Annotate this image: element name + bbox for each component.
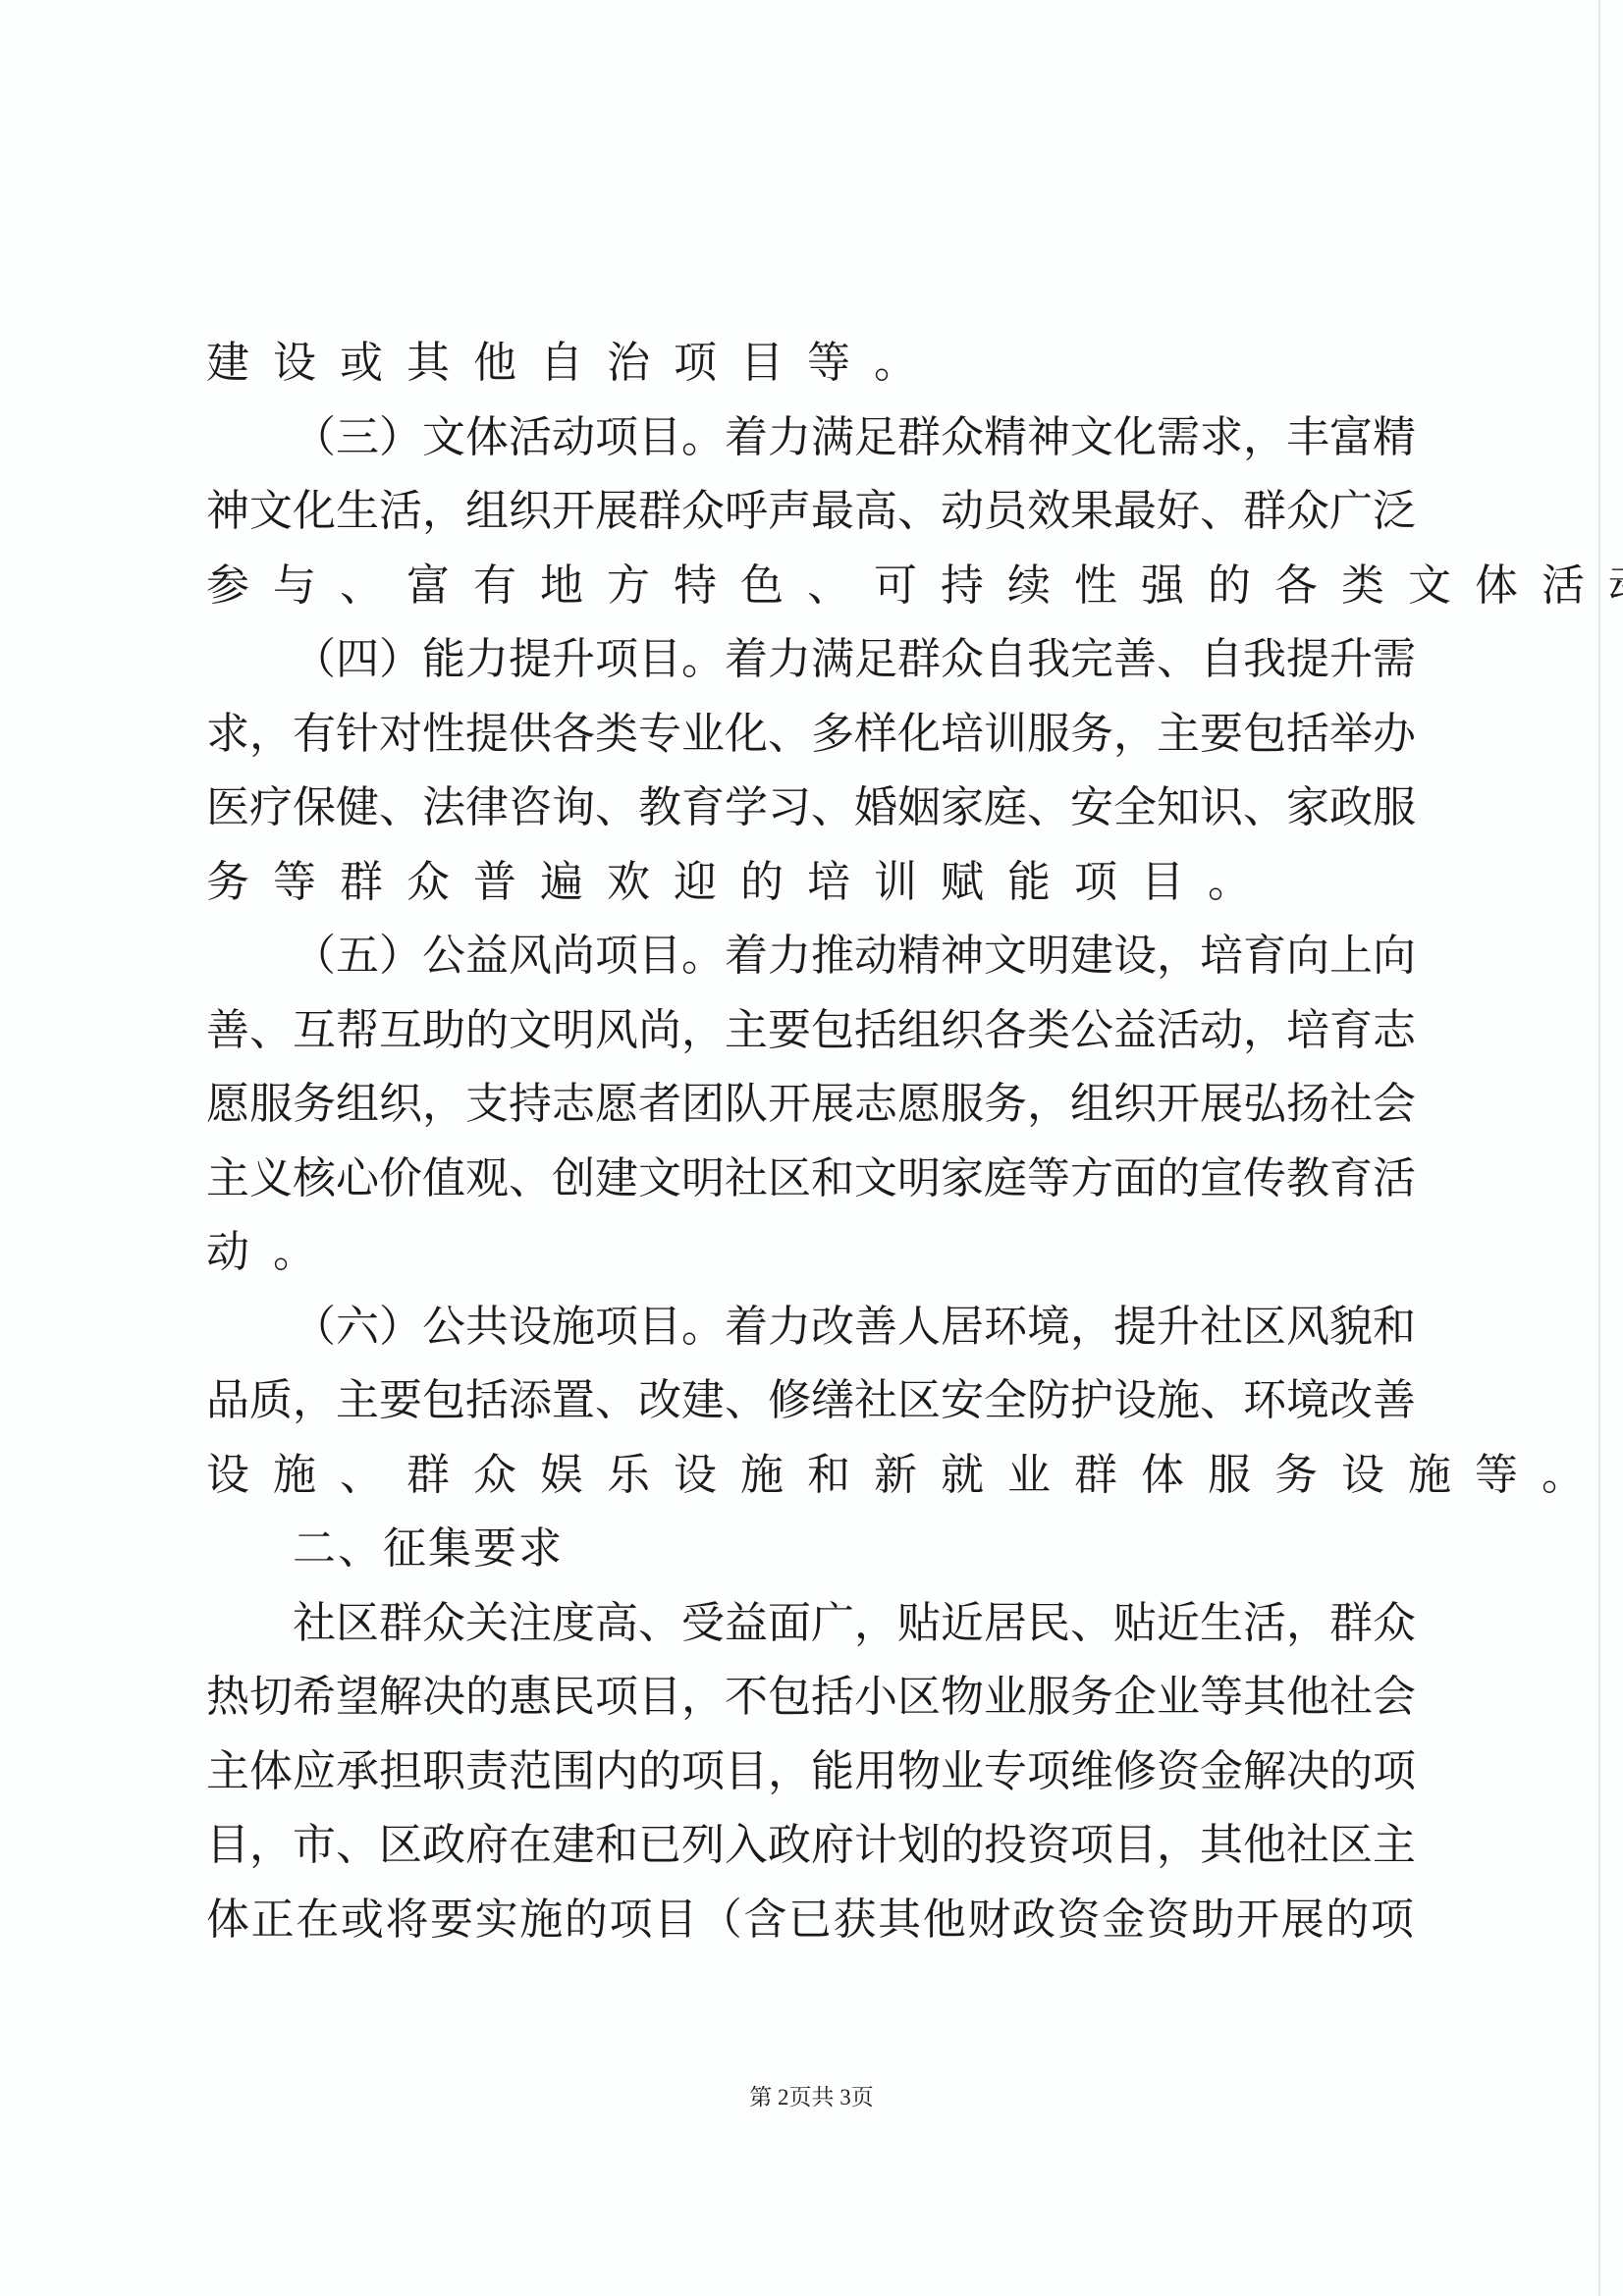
requirements-line-2: 热切希望解决的惠民项目，不包括小区物业服务企业等其他社会 <box>206 1668 1414 1727</box>
section-4-line-4: 务等群众普遍欢迎的培训赋能项目。 <box>206 853 1414 912</box>
section-5-line-2: 善、互帮互助的文明风尚，主要包括组织各类公益活动，培育志 <box>206 1001 1414 1060</box>
section-6-line-3: 设施、群众娱乐设施和新就业群体服务设施等。 <box>206 1446 1414 1505</box>
section-3-line-1: （三）文体活动项目。着力满足群众精神文化需求，丰富精 <box>206 408 1414 467</box>
requirements-line-1: 社区群众关注度高、受益面广，贴近居民、贴近生活，群众 <box>206 1594 1414 1653</box>
section-5-line-5: 动。 <box>206 1223 1414 1282</box>
scan-edge-line <box>1598 0 1600 2296</box>
section-5-line-4: 主义核心价值观、创建文明社区和文明家庭等方面的宣传教育活 <box>206 1149 1414 1208</box>
section-4-line-2: 求，有针对性提供各类专业化、多样化培训服务，主要包括举办 <box>206 705 1414 764</box>
page-number-footer: 第 2页共 3页 <box>0 2079 1623 2111</box>
section-heading-requirements: 二、征集要求 <box>293 1520 564 1578</box>
section-4-line-3: 医疗保健、法律咨询、教育学习、婚姻家庭、安全知识、家政服 <box>206 778 1414 837</box>
section-3-line-2: 神文化生活，组织开展群众呼声最高、动员效果最好、群众广泛 <box>206 482 1414 541</box>
requirements-line-4: 目，市、区政府在建和已列入政府计划的投资项目，其他社区主 <box>206 1816 1414 1875</box>
requirements-line-5: 体正在或将要实施的项目（含已获其他财政资金资助开展的项 <box>206 1891 1414 1949</box>
section-4-line-1: （四）能力提升项目。着力满足群众自我完善、自我提升需 <box>206 630 1414 689</box>
section-3-line-3: 参与、富有地方特色、可持续性强的各类文体活动项目。 <box>206 557 1414 615</box>
section-6-line-1: （六）公共设施项目。着力改善人居环境，提升社区风貌和 <box>206 1298 1414 1357</box>
requirements-line-3: 主体应承担职责范围内的项目，能用物业专项维修资金解决的项 <box>206 1742 1414 1801</box>
section-6-line-2: 品质，主要包括添置、改建、修缮社区安全防护设施、环境改善 <box>206 1371 1414 1430</box>
paragraph-continuation-line: 建设或其他自治项目等。 <box>206 334 1414 393</box>
section-5-line-1: （五）公益风尚项目。着力推动精神文明建设，培育向上向 <box>206 927 1414 986</box>
section-5-line-3: 愿服务组织，支持志愿者团队开展志愿服务，组织开展弘扬社会 <box>206 1075 1414 1134</box>
